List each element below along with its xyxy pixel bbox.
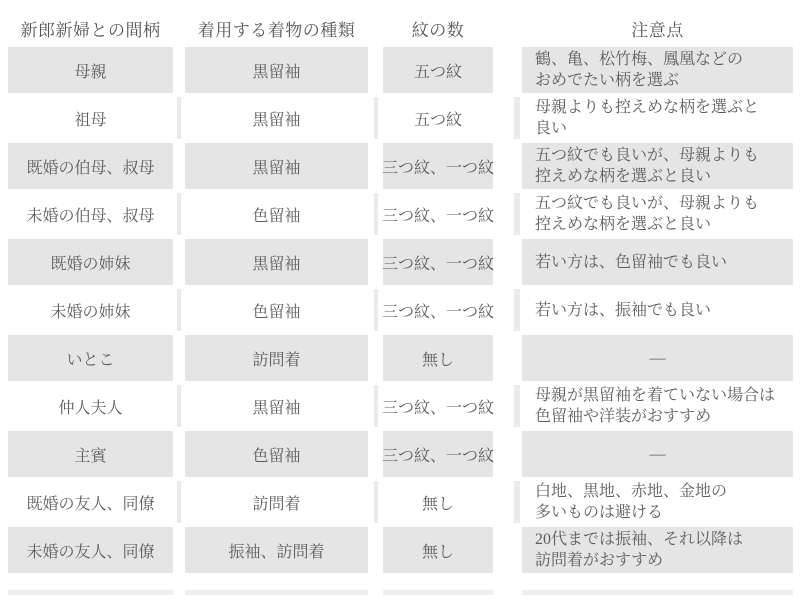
cell-kimono: 黒留袖 [185,95,368,141]
cut-off-cell [185,590,368,595]
table-header-row: 新郎新婦との間柄 着用する着物の種類 紋の数 注意点 [8,10,793,47]
cell-note: 若い方は、色留袖でも良い [522,239,793,285]
cut-off-cell [8,590,173,595]
cut-off-cell [522,590,793,595]
kimono-etiquette-table: 新郎新婦との間柄 着用する着物の種類 紋の数 注意点 母親 黒留袖 五つ紋 鶴、… [8,10,793,595]
cell-kimono: 黒留袖 [185,239,368,285]
cut-off-next-row [8,590,793,595]
cell-kimono: 振袖、訪問着 [185,527,368,573]
cut-off-cell [383,590,493,595]
cell-crests: 三つ紋、一つ紋 [383,431,493,477]
table-row: 仲人夫人 黒留袖 三つ紋、一つ紋 母親が黒留袖を着ていない場合は 色留袖や洋装が… [8,383,793,429]
table-row: 主賓 色留袖 三つ紋、一つ紋 — [8,431,793,477]
cell-kimono: 色留袖 [185,287,368,333]
cell-note: 母親よりも控えめな柄を選ぶと 良い [522,95,793,141]
header-cell-notes: 注意点 [522,10,793,47]
cell-relation: 既婚の友人、同僚 [8,479,173,525]
cell-kimono: 色留袖 [185,431,368,477]
cell-relation: 未婚の友人、同僚 [8,527,173,573]
cell-relation: いとこ [8,335,173,381]
cell-crests: 無し [383,479,493,525]
cell-note: 五つ紋でも良いが、母親よりも 控えめな柄を選ぶと良い [522,143,793,189]
cell-relation: 未婚の伯母、叔母 [8,191,173,237]
header-cell-kimono: 着用する着物の種類 [185,10,368,47]
cell-crests: 無し [383,335,493,381]
cell-kimono: 黒留袖 [185,47,368,93]
table-row: 母親 黒留袖 五つ紋 鶴、亀、松竹梅、鳳凰などの おめでたい柄を選ぶ [8,47,793,93]
table-row: 未婚の姉妹 色留袖 三つ紋、一つ紋 若い方は、振袖でも良い [8,287,793,333]
cell-note: 母親が黒留袖を着ていない場合は 色留袖や洋装がおすすめ [522,383,793,429]
cell-relation: 未婚の姉妹 [8,287,173,333]
cell-crests: 三つ紋、一つ紋 [383,143,493,189]
cell-relation: 母親 [8,47,173,93]
table-row: 既婚の友人、同僚 訪問着 無し 白地、黒地、赤地、金地の 多いものは避ける [8,479,793,525]
cell-crests: 三つ紋、一つ紋 [383,239,493,285]
cell-kimono: 訪問着 [185,479,368,525]
cell-note: — [522,431,793,477]
cell-kimono: 黒留袖 [185,143,368,189]
table-row: 未婚の伯母、叔母 色留袖 三つ紋、一つ紋 五つ紋でも良いが、母親よりも 控えめな… [8,191,793,237]
cell-relation: 既婚の伯母、叔母 [8,143,173,189]
cell-relation: 仲人夫人 [8,383,173,429]
cell-crests: 三つ紋、一つ紋 [383,287,493,333]
cell-note: — [522,335,793,381]
table-row: 祖母 黒留袖 五つ紋 母親よりも控えめな柄を選ぶと 良い [8,95,793,141]
header-cell-relation: 新郎新婦との間柄 [8,10,173,47]
table-row: 既婚の姉妹 黒留袖 三つ紋、一つ紋 若い方は、色留袖でも良い [8,239,793,285]
cell-relation: 祖母 [8,95,173,141]
cell-relation: 既婚の姉妹 [8,239,173,285]
cell-crests: 無し [383,527,493,573]
table-row: 未婚の友人、同僚 振袖、訪問着 無し 20代までは振袖、それ以降は 訪問着がおす… [8,527,793,573]
cell-note: 五つ紋でも良いが、母親よりも 控えめな柄を選ぶと良い [522,191,793,237]
table-row: 既婚の伯母、叔母 黒留袖 三つ紋、一つ紋 五つ紋でも良いが、母親よりも 控えめな… [8,143,793,189]
cell-crests: 五つ紋 [383,95,493,141]
cell-note: 白地、黒地、赤地、金地の 多いものは避ける [522,479,793,525]
cell-crests: 三つ紋、一つ紋 [383,383,493,429]
cell-note: 20代までは振袖、それ以降は 訪問着がおすすめ [522,527,793,573]
cell-kimono: 色留袖 [185,191,368,237]
cell-note: 鶴、亀、松竹梅、鳳凰などの おめでたい柄を選ぶ [522,47,793,93]
cell-relation: 主賓 [8,431,173,477]
cell-note: 若い方は、振袖でも良い [522,287,793,333]
table-row: いとこ 訪問着 無し — [8,335,793,381]
cell-kimono: 訪問着 [185,335,368,381]
cell-crests: 三つ紋、一つ紋 [383,191,493,237]
cell-kimono: 黒留袖 [185,383,368,429]
header-cell-crests: 紋の数 [383,10,493,47]
cell-crests: 五つ紋 [383,47,493,93]
